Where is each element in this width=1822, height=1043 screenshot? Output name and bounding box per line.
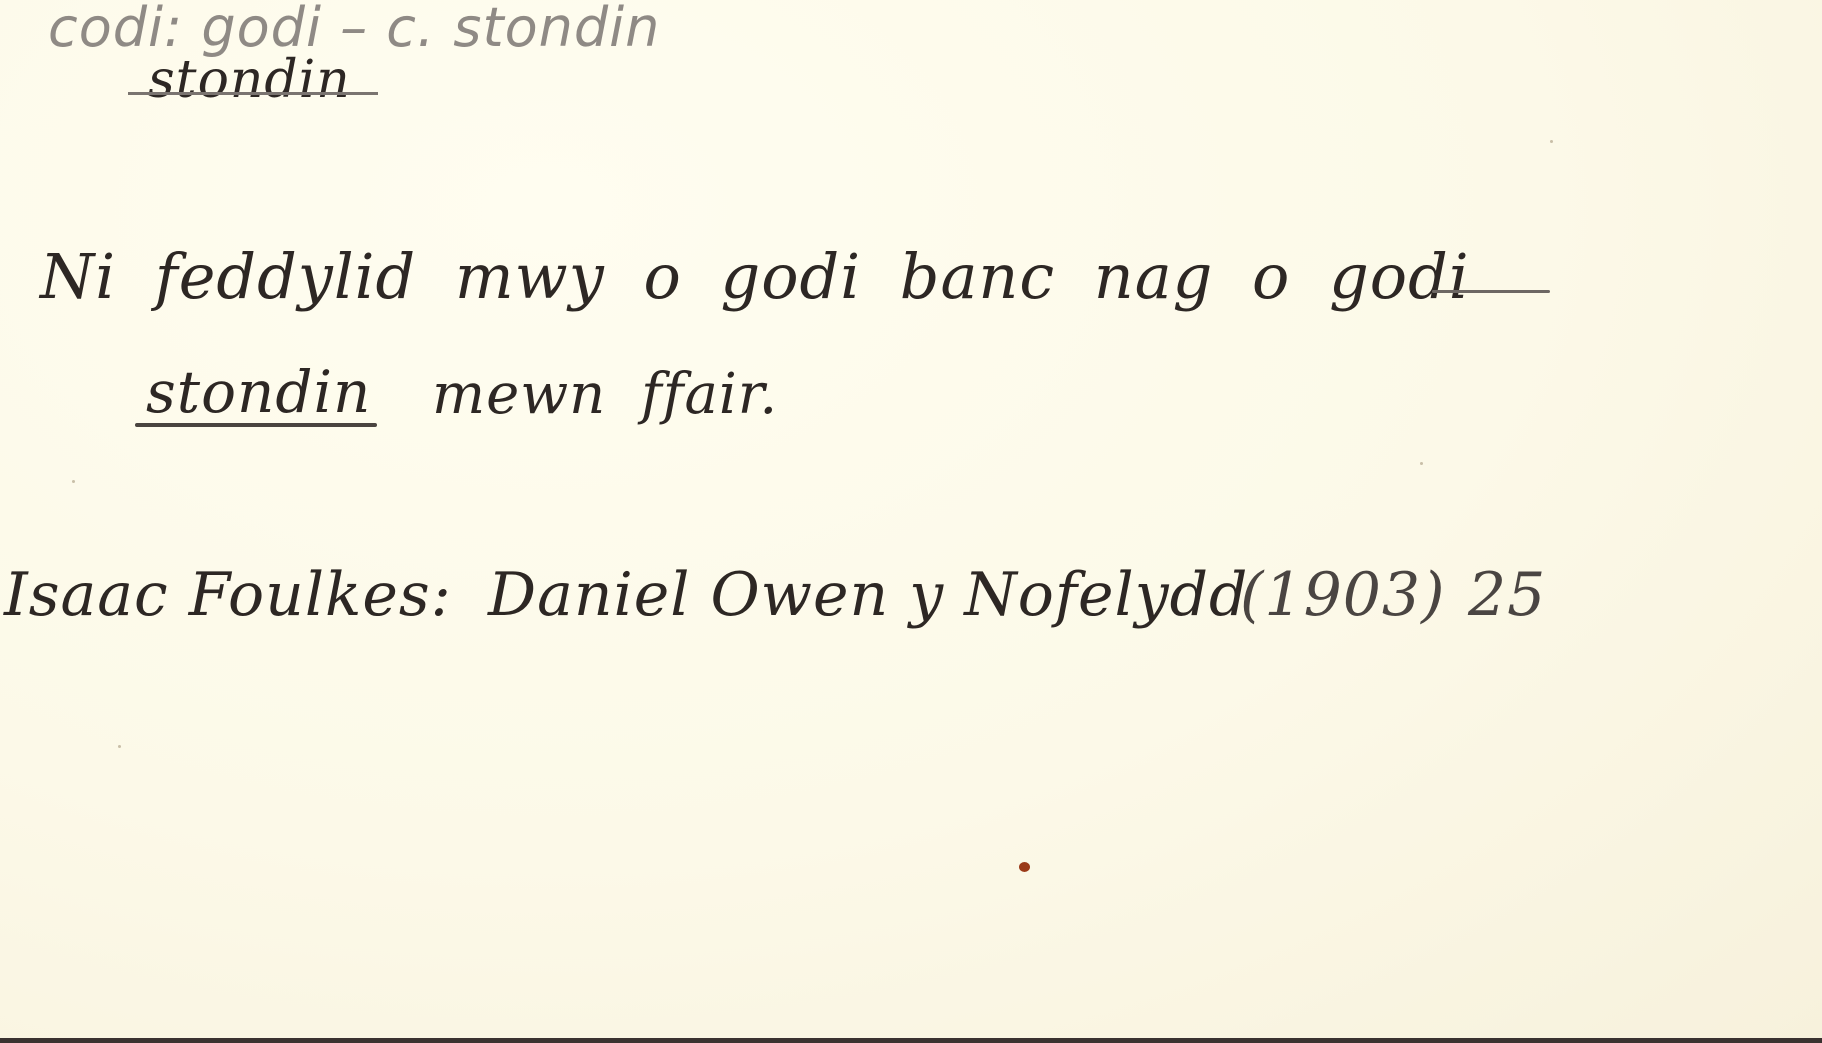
citation-year: (1903) — [1240, 560, 1446, 630]
citation-title: Daniel Owen y Nofelydd — [488, 560, 1248, 630]
paper-speck — [72, 480, 75, 483]
paper-speck — [1420, 462, 1423, 465]
citation-page: 25 — [1468, 560, 1546, 630]
quotation-line-2: mewn ffair. — [432, 362, 778, 427]
headword-strike-underline — [128, 92, 378, 95]
dictionary-slip: codi: godi – c. stondin stondin Ni feddy… — [0, 0, 1822, 1043]
quotation-line-1: Ni feddylid mwy o godi banc nag o godi — [40, 240, 1470, 313]
pencil-annotation: codi: godi – c. stondin — [48, 0, 660, 59]
ink-stain — [1019, 862, 1030, 872]
headword: stondin — [148, 50, 351, 110]
citation-author: Isaac Foulkes: — [4, 560, 452, 630]
scan-edge — [0, 1038, 1822, 1043]
paper-speck — [1550, 140, 1553, 143]
keyword-underline-stondin — [135, 423, 377, 427]
quotation-keyword: stondin — [146, 358, 371, 426]
keyword-underline-godi — [1432, 290, 1550, 293]
paper-speck — [118, 745, 121, 748]
